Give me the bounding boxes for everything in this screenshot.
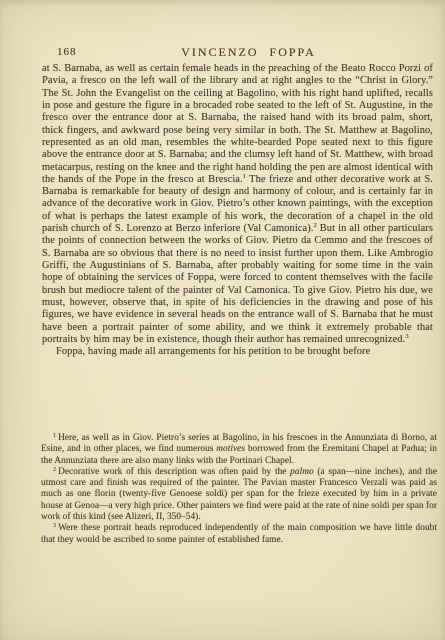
page-number: 168 — [57, 46, 77, 58]
footnote-ref: 1 — [243, 173, 246, 180]
paragraph: at S. Barnaba, as well as certain female… — [42, 63, 433, 346]
page-header: 168 VINCENZO FOPPA — [42, 45, 433, 59]
footnote: 1Here, as well as in Giov. Pietro’s seri… — [41, 433, 437, 467]
footnote-ref: 3 — [405, 333, 408, 340]
page-title: VINCENZO FOPPA — [42, 45, 433, 60]
footnote-marker: 2 — [53, 467, 56, 473]
footnotes-section: 1Here, as well as in Giov. Pietro’s seri… — [41, 433, 437, 546]
footnote: 2Decorative work of this description was… — [41, 467, 437, 523]
body-text: at S. Barnaba, as well as certain female… — [42, 63, 433, 359]
footnote: 3Were these portrait heads reproduced in… — [41, 523, 437, 546]
book-page: 168 VINCENZO FOPPA at S. Barnaba, as wel… — [0, 0, 445, 640]
paragraph: Foppa, having made all arrangements for … — [42, 346, 433, 358]
italic-term: palmo — [290, 467, 314, 477]
italic-term: motives — [216, 444, 245, 454]
footnote-ref: 2 — [313, 222, 316, 229]
footnote-marker: 3 — [53, 523, 56, 529]
footnote-marker: 1 — [53, 433, 56, 439]
